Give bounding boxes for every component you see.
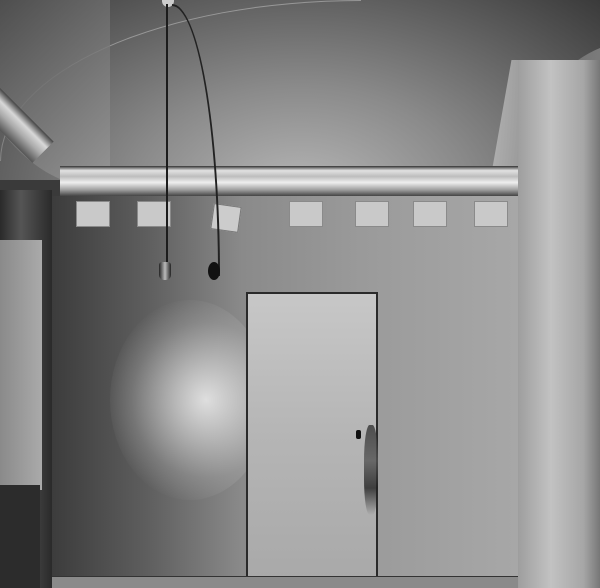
paper-tab: [474, 201, 508, 227]
lamp-socket: [159, 262, 171, 280]
cornice: [60, 166, 525, 196]
lamp-bulb: [208, 262, 220, 280]
paper-tab: [76, 201, 110, 227]
paper-tab: [289, 201, 323, 227]
paper-tab: [355, 201, 389, 227]
paper-tab: [413, 201, 447, 227]
keyhole: [356, 430, 361, 439]
baseboard: [52, 576, 527, 588]
left-doorway-panel: [0, 240, 42, 490]
door-edge-stain: [364, 425, 378, 515]
lamp-cord: [166, 4, 168, 266]
room-photograph: [0, 0, 600, 588]
right-wall: [518, 60, 600, 588]
left-doorway-lower: [0, 485, 40, 588]
